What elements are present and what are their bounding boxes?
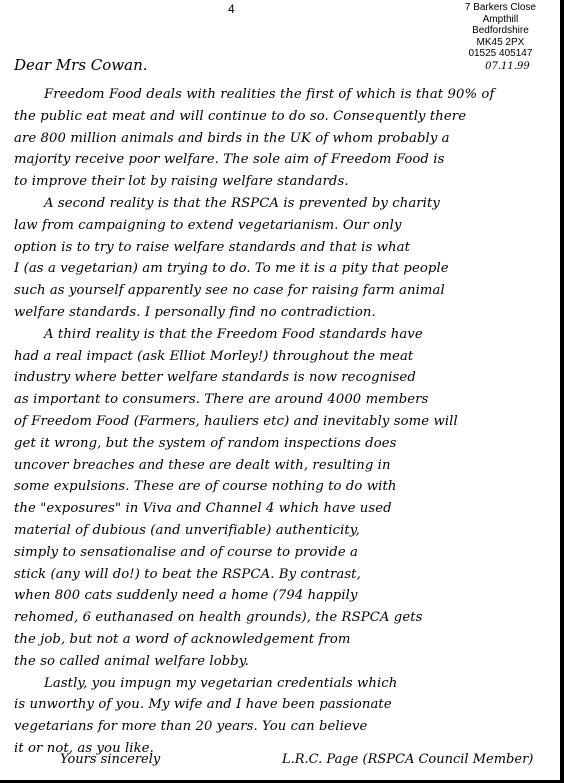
body-line: to improve their lot by raising welfare … — [14, 171, 542, 193]
letter-body: Freedom Food deals with realities the fi… — [14, 84, 542, 760]
body-line: when 800 cats suddenly need a home (794 … — [14, 585, 542, 607]
body-line: some expulsions. These are of course not… — [14, 476, 542, 498]
body-line: rehomed, 6 euthanased on health grounds)… — [14, 607, 542, 629]
body-line: A third reality is that the Freedom Food… — [14, 324, 542, 346]
letter-date: 07.11.99 — [465, 61, 536, 73]
address-line: Ampthill — [465, 14, 536, 26]
body-line: had a real impact (ask Elliot Morley!) t… — [14, 346, 542, 368]
address-line: Bedfordshire — [465, 25, 536, 37]
salutation: Dear Mrs Cowan. — [14, 56, 148, 74]
body-line: get it wrong, but the system of random i… — [14, 433, 542, 455]
body-line: such as yourself apparently see no case … — [14, 280, 542, 302]
signature: L.R.C. Page (RSPCA Council Member) — [282, 752, 533, 767]
address-line: MK45 2PX — [465, 37, 536, 49]
body-line: the "exposures" in Viva and Channel 4 wh… — [14, 498, 542, 520]
sender-address: 7 Barkers Close Ampthill Bedfordshire MK… — [465, 2, 536, 72]
closing: Yours sincerely — [60, 752, 160, 767]
body-line: material of dubious (and unverifiable) a… — [14, 520, 542, 542]
body-line: are 800 million animals and birds in the… — [14, 128, 542, 150]
body-line: vegetarians for more than 20 years. You … — [14, 716, 542, 738]
body-line: the public eat meat and will continue to… — [14, 106, 542, 128]
body-line: as important to consumers. There are aro… — [14, 389, 542, 411]
body-line: the job, but not a word of acknowledgeme… — [14, 629, 542, 651]
body-line: industry where better welfare standards … — [14, 367, 542, 389]
body-line: stick (any will do!) to beat the RSPCA. … — [14, 564, 542, 586]
body-line: welfare standards. I personally find no … — [14, 302, 542, 324]
body-line: majority receive poor welfare. The sole … — [14, 149, 542, 171]
body-line: I (as a vegetarian) am trying to do. To … — [14, 258, 542, 280]
body-line: is unworthy of you. My wife and I have b… — [14, 694, 542, 716]
address-line: 01525 405147 — [465, 48, 536, 60]
body-line: of Freedom Food (Farmers, hauliers etc) … — [14, 411, 542, 433]
scan-edge-right — [560, 0, 564, 780]
letter-page: 4 7 Barkers Close Ampthill Bedfordshire … — [0, 0, 564, 783]
body-line: the so called animal welfare lobby. — [14, 651, 542, 673]
address-line: 7 Barkers Close — [465, 2, 536, 14]
body-line: Lastly, you impugn my vegetarian credent… — [14, 673, 542, 695]
body-line: simply to sensationalise and of course t… — [14, 542, 542, 564]
body-line: law from campaigning to extend vegetaria… — [14, 215, 542, 237]
body-line: option is to try to raise welfare standa… — [14, 237, 542, 259]
body-line: A second reality is that the RSPCA is pr… — [14, 193, 542, 215]
page-number: 4 — [228, 2, 235, 16]
body-line: Freedom Food deals with realities the fi… — [14, 84, 542, 106]
body-line: uncover breaches and these are dealt wit… — [14, 455, 542, 477]
